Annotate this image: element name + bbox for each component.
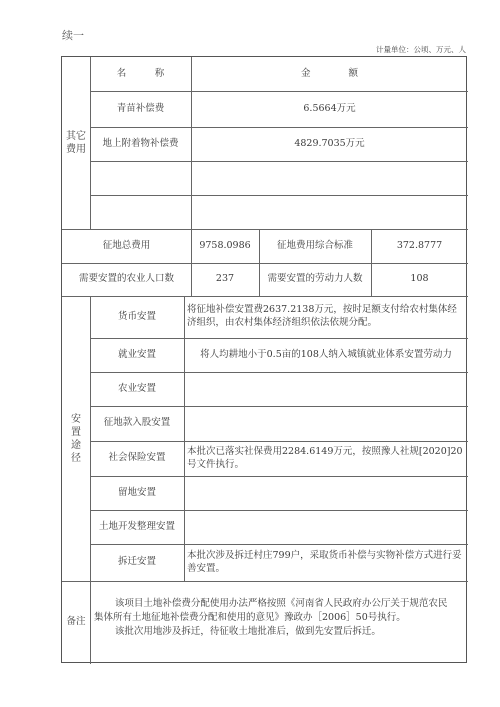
resettlement-name: 农业安置 <box>90 372 184 406</box>
land-acquisition-table: 其它费用 名 称 金 额 青苗补偿费 6.5664万元 地上附着物补偿费 482… <box>61 56 467 663</box>
fee-name: 地上附着物补偿费 <box>90 127 191 161</box>
standard-value: 372.8777 <box>371 229 468 263</box>
fee-amount <box>191 161 468 195</box>
remarks-line-2: 集体所有土地征地补偿费分配和使用的意见》豫政办［2006］50号执行。 <box>94 611 447 625</box>
resettlement-name: 社会保险安置 <box>90 441 184 476</box>
resettlement-detail: 本批次涉及拆迁村庄799户，采取货币补偿与实物补偿方式进行妥善安置。 <box>184 544 468 581</box>
resettlement-detail: 将征地补偿安置费2637.2138万元，按时足额支付给农村集体经济组织，由农村集… <box>184 296 468 338</box>
remarks-line-1: 该项目土地补偿费分配使用办法严格按照《河南省人民政府办公厅关于规范农民 <box>94 597 447 611</box>
remarks-line-3: 该批次用地涉及拆迁，待征收土地批准后，做到先安置后拆迁。 <box>94 625 447 639</box>
standard-label: 征地费用综合标准 <box>259 229 371 263</box>
resettlement-detail <box>184 476 468 510</box>
total-cost-value: 9758.0986 <box>191 229 259 263</box>
resettlement-detail <box>184 372 468 406</box>
labor-value: 108 <box>371 263 468 296</box>
resettlement-name: 留地安置 <box>90 476 184 510</box>
agri-pop-label: 需要安置的农业人口数 <box>62 263 191 296</box>
resettlement-detail: 本批次已落实社保费用2284.6149万元，按照豫人社规[2020]20号文件执… <box>184 441 468 476</box>
fee-name <box>90 195 191 229</box>
fee-amount <box>191 195 468 229</box>
labor-label: 需要安置的劳动力人数 <box>259 263 371 296</box>
header-name: 名 称 <box>90 57 191 91</box>
resettlement-name: 货币安置 <box>90 296 184 338</box>
resettlement-name: 就业安置 <box>90 338 184 372</box>
resettlement-detail <box>184 510 468 544</box>
agri-pop-value: 237 <box>191 263 259 296</box>
fee-name <box>90 161 191 195</box>
resettlement-name: 征地款入股安置 <box>90 406 184 441</box>
fee-amount: 4829.7035万元 <box>191 127 468 161</box>
remarks-label: 备注 <box>62 581 90 664</box>
resettlement-detail <box>184 406 468 441</box>
continuation-label: 续一 <box>62 27 84 43</box>
fee-name: 青苗补偿费 <box>90 91 191 127</box>
total-cost-label: 征地总费用 <box>62 229 191 263</box>
resettlement-name: 拆迁安置 <box>90 544 184 581</box>
resettlement-name: 土地开发整理安置 <box>90 510 184 544</box>
fee-amount: 6.5664万元 <box>191 91 468 127</box>
unit-label: 计量单位：公顷、万元、人 <box>376 44 466 55</box>
resettlement-category: 安置途径 <box>62 296 90 581</box>
resettlement-detail: 将人均耕地小于0.5亩的108人纳入城镇就业体系安置劳动力 <box>184 338 468 372</box>
other-fees-category: 其它费用 <box>62 57 90 229</box>
header-amount: 金 额 <box>191 57 468 91</box>
remarks-content: 该项目土地补偿费分配使用办法严格按照《河南省人民政府办公厅关于规范农民 集体所有… <box>90 581 468 664</box>
